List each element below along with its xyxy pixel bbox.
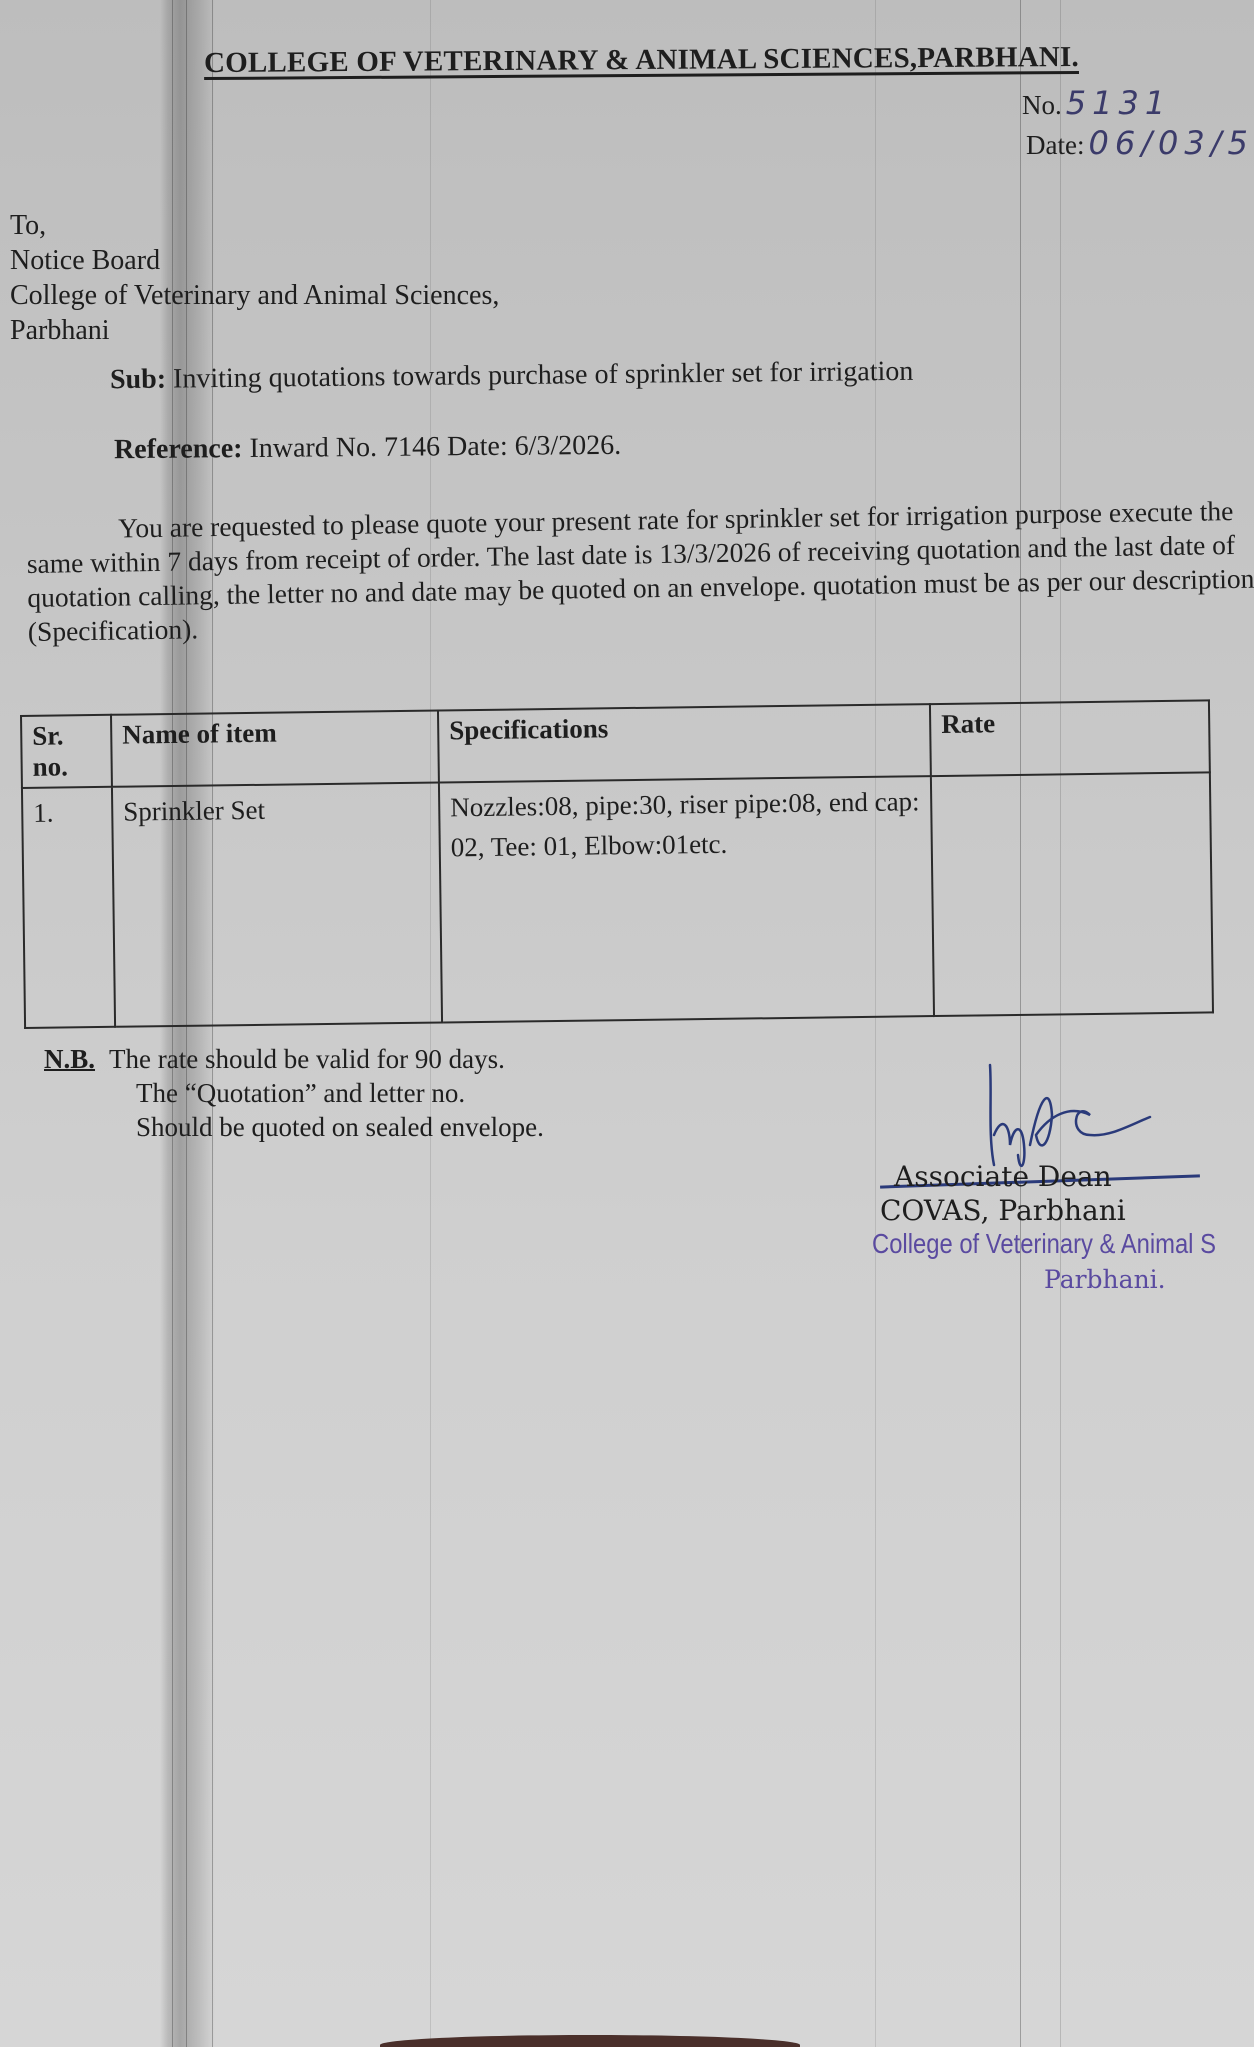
header-rate: Rate [930,700,1210,776]
letterhead-title: COLLEGE OF VETERINARY & ANIMAL SCIENCES,… [204,41,1079,80]
notes-block: N.B.The rate should be valid for 90 days… [44,1042,544,1144]
letter-number-value: 5131 [1066,84,1171,122]
header-sr-no: Sr. no. [21,715,112,788]
header-specifications: Specifications [438,704,931,782]
body-text: You are requested to please quote your p… [26,493,1254,649]
cell-item-name: Sprinkler Set [112,783,442,1027]
table-row: 1. Sprinkler Set Nozzles:08, pipe:30, ri… [22,772,1213,1028]
signatory-office: COVAS, Parbhani [880,1194,1126,1228]
header-item-name: Name of item [111,711,439,787]
recipient-line: To, [10,208,499,243]
recipient-line: Notice Board [10,243,499,278]
letter-date-value: 06/03/5 [1088,124,1253,162]
reference-line: Reference: Inward No. 7146 Date: 6/3/202… [114,430,621,466]
notes-label: N.B. [44,1044,95,1074]
scan-streak [875,0,876,2047]
signature-icon [980,1055,1180,1175]
signatory-block: Associate Dean COVAS, Parbhani [880,1160,1126,1228]
cell-specifications: Nozzles:08, pipe:30, riser pipe:08, end … [439,776,934,1022]
items-table: Sr. no. Name of item Specifications Rate… [20,699,1214,1029]
body-paragraph: You are requested to please quote your p… [26,493,1254,649]
note-line: Should be quoted on sealed envelope. [44,1110,544,1144]
letter-date-label: Date: [1026,130,1084,160]
signatory-title: Associate Dean [880,1160,1126,1194]
note-line: The rate should be valid for 90 days. [109,1044,505,1074]
note-line: The “Quotation” and letter no. [44,1076,544,1110]
reference-text: Inward No. 7146 Date: 6/3/2026. [249,430,621,464]
reference-label: Reference: [114,433,243,465]
letter-date: Date: 06/03/5 [1026,124,1254,162]
recipient-line: Parbhani [10,313,499,348]
recipient-address: To, Notice Board College of Veterinary a… [10,208,499,348]
subject-text: Inviting quotations towards purchase of … [173,356,914,395]
scan-streak [1020,0,1021,2047]
scan-streak [1060,0,1061,2047]
cell-sr-no: 1. [22,787,115,1028]
cell-rate [931,772,1213,1016]
recipient-line: College of Veterinary and Animal Science… [10,278,499,313]
stamp-place: Parbhani. [1044,1265,1166,1294]
letter-number: No. 5131 [1022,84,1171,122]
subject-label: Sub: [110,364,166,396]
stamp-college: College of Veterinary & Animal S [872,1228,1216,1260]
letter-number-label: No. [1022,90,1062,120]
